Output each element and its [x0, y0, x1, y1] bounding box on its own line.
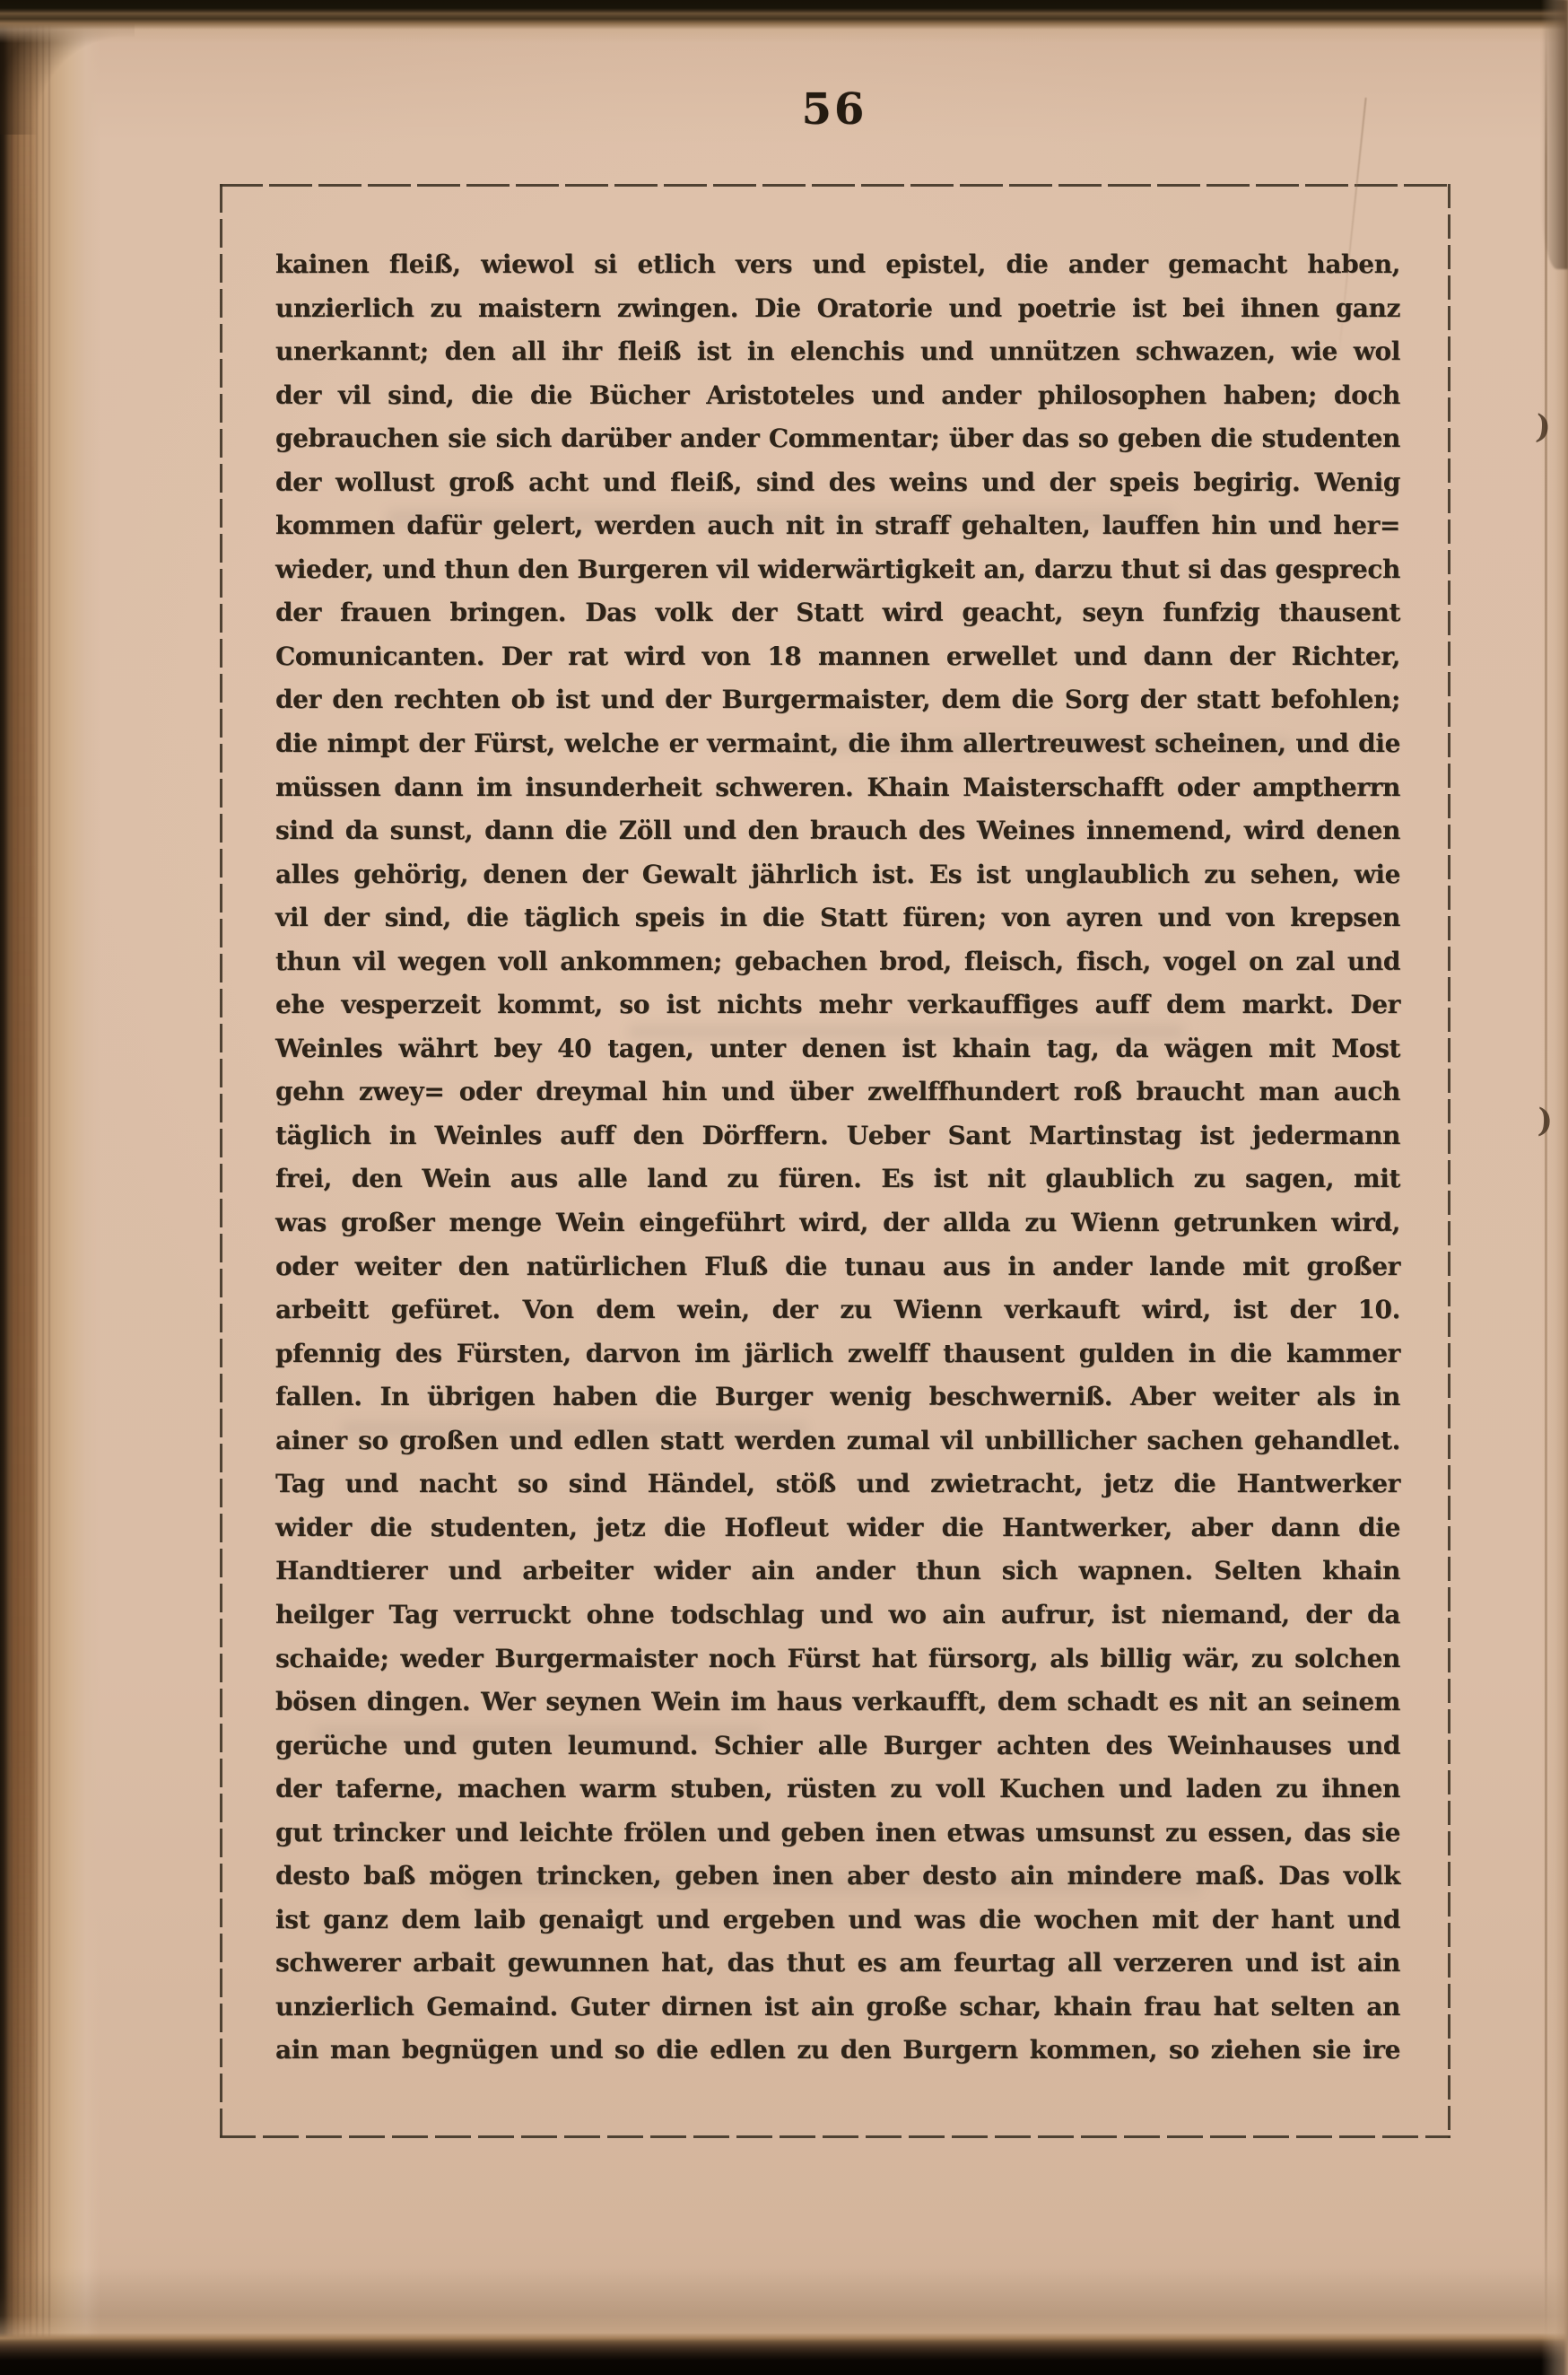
page-text: kainen fleiß, wiewol si etlich vers und … — [275, 243, 1400, 2073]
scanned-book-page: 56 kainen fleiß, wiewol si etlich vers u… — [0, 0, 1568, 2375]
text-line: schwerer arbait gewunnen hat, das thut e… — [275, 1942, 1400, 1986]
text-line: der taferne, machen warm stuben, rüsten … — [275, 1768, 1400, 1812]
book-bottom-edge — [0, 2267, 1568, 2375]
page-right-margin-shade — [1541, 0, 1568, 2375]
text-line: der frauen bringen. Das volk der Statt w… — [275, 591, 1400, 635]
text-line: fallen. In übrigen haben die Burger weni… — [275, 1375, 1400, 1419]
page-curl-mark: ) — [1537, 1102, 1554, 1140]
text-line: wider die studenten, jetz die Hofleut wi… — [275, 1506, 1400, 1550]
page-number: 56 — [758, 84, 910, 135]
text-line: bösen dingen. Wer seynen Wein im haus ve… — [275, 1681, 1400, 1724]
text-line: oder weiter den natürlichen Fluß die tun… — [275, 1245, 1400, 1289]
text-line: wieder, und thun den Burgeren vil widerw… — [275, 548, 1400, 592]
text-line: ain man begnügen und so die edlen zu den… — [275, 2029, 1400, 2073]
text-line: die nimpt der Fürst, welche er vermaint,… — [275, 722, 1400, 766]
text-line: pfennig des Fürsten, darvon im järlich z… — [275, 1332, 1400, 1376]
text-line: unerkannt; den all ihr fleiß ist in elen… — [275, 330, 1400, 374]
text-line: unzierlich Gemaind. Guter dirnen ist ain… — [275, 1986, 1400, 2030]
book-top-edge — [0, 0, 1568, 43]
text-line: kainen fleiß, wiewol si etlich vers und … — [275, 243, 1400, 287]
text-line: thun vil wegen voll ankommen; gebachen b… — [275, 940, 1400, 984]
text-line: täglich in Weinles auff den Dörffern. Ue… — [275, 1114, 1400, 1158]
text-line: heilger Tag verruckt ohne todschlag und … — [275, 1594, 1400, 1637]
text-line: der wollust groß acht und fleiß, sind de… — [275, 461, 1400, 505]
text-line: unzierlich zu maistern zwingen. Die Orat… — [275, 287, 1400, 331]
text-line: vil der sind, die täglich speis in die S… — [275, 896, 1400, 940]
frame-edge-bottom — [220, 2135, 1450, 2138]
text-line: ehe vesperzeit kommt, so ist nichts mehr… — [275, 983, 1400, 1027]
frame-edge-left — [220, 184, 222, 2138]
text-line: ainer so großen und edlen statt werden z… — [275, 1419, 1400, 1463]
text-line: gut trincker und leichte frölen und gebe… — [275, 1812, 1400, 1855]
text-line: der vil sind, die die Bücher Aristoteles… — [275, 374, 1400, 418]
text-line: frei, den Wein aus alle land zu füren. E… — [275, 1157, 1400, 1201]
text-line: schaide; weder Burgermaister noch Fürst … — [275, 1637, 1400, 1681]
text-line: gebrauchen sie sich darüber ander Commen… — [275, 417, 1400, 461]
text-line: müssen dann im insunderheit schweren. Kh… — [275, 766, 1400, 810]
text-line: der den rechten ob ist und der Burgermai… — [275, 678, 1400, 722]
page-curl-mark: ) — [1535, 407, 1553, 446]
text-line: Tag und nacht so sind Händel, stöß und z… — [275, 1463, 1400, 1506]
frame-edge-right — [1448, 184, 1450, 2138]
text-line: ist ganz dem laib genaigt und ergeben un… — [275, 1899, 1400, 1943]
text-line: arbeitt gefüret. Von dem wein, der zu Wi… — [275, 1288, 1400, 1332]
text-line: Weinles währt bey 40 tagen, unter denen … — [275, 1027, 1400, 1071]
text-line: Comunicanten. Der rat wird von 18 mannen… — [275, 635, 1400, 679]
text-line: kommen dafür gelert, werden auch nit in … — [275, 504, 1400, 548]
page-top-right-shadow — [1541, 0, 1568, 269]
text-line: sind da sunst, dann die Zöll und den bra… — [275, 809, 1400, 853]
text-line: alles gehörig, denen der Gewalt jährlich… — [275, 853, 1400, 897]
frame-edge-top — [220, 184, 1450, 187]
text-line: gerüche und guten leumund. Schier alle B… — [275, 1724, 1400, 1768]
page-edge-stain — [12, 36, 36, 2321]
text-line: gehn zwey= oder dreymal hin und über zwe… — [275, 1070, 1400, 1114]
text-line: was großer menge Wein eingeführt wird, d… — [275, 1201, 1400, 1245]
text-line: Handtierer und arbeiter wider ain ander … — [275, 1550, 1400, 1594]
text-line: desto baß mögen trincken, geben inen abe… — [275, 1855, 1400, 1899]
